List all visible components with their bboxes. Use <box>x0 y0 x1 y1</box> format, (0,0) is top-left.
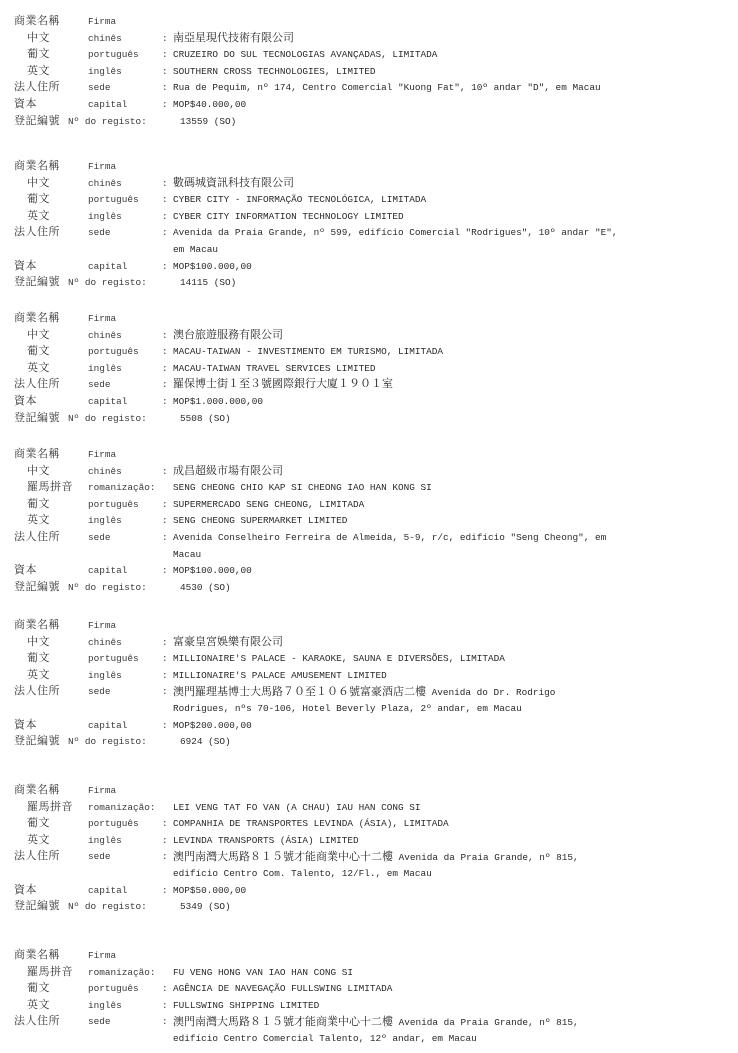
label-firma-zh: 商業名稱 <box>14 782 60 798</box>
label-ingles-pt: inglês <box>88 668 122 684</box>
colon: : <box>162 394 168 410</box>
colon: : <box>162 361 168 377</box>
label-capital-pt: capital <box>88 563 127 579</box>
value-capital: MOP$40.000,00 <box>173 97 246 113</box>
colon: : <box>162 883 168 899</box>
value-sede: 澳門南灣大馬路８１５號才能商業中心十二樓 Avenida da Praia Gr… <box>173 1014 579 1031</box>
value-sede-cjk: 澳門南灣大馬路８１５號才能商業中心十二樓 <box>173 1015 393 1028</box>
colon: : <box>162 849 168 865</box>
value-chines: 富豪皇宮娛樂有限公司 <box>173 634 283 650</box>
label-capital-pt: capital <box>88 718 127 734</box>
value-sede-cjk: 澳門羅理基博士大馬路７０至１０６號富豪酒店二樓 <box>173 685 426 698</box>
label-chines-pt: chinês <box>88 31 122 47</box>
value-romanizacao: FU VENG HONG VAN IAO HAN CONG SI <box>173 965 353 981</box>
colon: : <box>162 684 168 700</box>
label-ingles-zh: 英文 <box>27 512 50 528</box>
label-ingles-pt: inglês <box>88 998 122 1014</box>
label-registo-zh: 登記編號 <box>14 733 60 749</box>
label-firma-pt: Firma <box>88 618 116 634</box>
value-ingles: SENG CHEONG SUPERMARKET LIMITED <box>173 513 347 529</box>
label-sede-zh: 法人住所 <box>14 79 60 95</box>
colon: : <box>162 651 168 667</box>
label-registo-zh: 登記編號 <box>14 113 60 129</box>
value-chines: 澳台旅遊服務有限公司 <box>173 327 283 343</box>
value-portugues: MILLIONAIRE'S PALACE - KARAOKE, SAUNA E … <box>173 651 505 667</box>
label-portugues-pt: português <box>88 497 139 513</box>
label-firma-zh: 商業名稱 <box>14 617 60 633</box>
value-sede-continued: Macau <box>173 547 201 563</box>
label-ingles-zh: 英文 <box>27 667 50 683</box>
value-registo: 13559 (SO) <box>180 114 236 130</box>
label-capital-zh: 資本 <box>14 393 37 409</box>
label-sede-pt: sede <box>88 80 111 96</box>
label-sede-zh: 法人住所 <box>14 848 60 864</box>
value-romanizacao: LEI VENG TAT FO VAN (A CHAU) IAU HAN CON… <box>173 800 421 816</box>
label-registo-pt: Nº do registo: <box>68 899 147 915</box>
label-ingles-pt: inglês <box>88 361 122 377</box>
label-sede-zh: 法人住所 <box>14 1013 60 1029</box>
colon: : <box>162 981 168 997</box>
colon: : <box>162 225 168 241</box>
colon: : <box>162 259 168 275</box>
label-chines-zh: 中文 <box>27 634 50 650</box>
label-capital-zh: 資本 <box>14 882 37 898</box>
label-chines-zh: 中文 <box>27 175 50 191</box>
label-chines-pt: chinês <box>88 635 122 651</box>
label-portugues-zh: 葡文 <box>27 980 50 996</box>
colon: : <box>162 31 168 47</box>
label-chines-pt: chinês <box>88 464 122 480</box>
label-sede-pt: sede <box>88 1014 111 1030</box>
label-firma-pt: Firma <box>88 447 116 463</box>
label-portugues-zh: 葡文 <box>27 650 50 666</box>
value-capital: MOP$100.000,00 <box>173 259 252 275</box>
label-ingles-zh: 英文 <box>27 997 50 1013</box>
value-ingles: CYBER CITY INFORMATION TECHNOLOGY LIMITE… <box>173 209 404 225</box>
label-capital-zh: 資本 <box>14 258 37 274</box>
label-ingles-zh: 英文 <box>27 208 50 224</box>
label-portugues-zh: 葡文 <box>27 46 50 62</box>
label-firma-zh: 商業名稱 <box>14 158 60 174</box>
label-portugues-zh: 葡文 <box>27 343 50 359</box>
value-chines: 南亞星現代技術有限公司 <box>173 30 294 46</box>
label-capital-zh: 資本 <box>14 717 37 733</box>
colon: : <box>162 998 168 1014</box>
label-firma-pt: Firma <box>88 948 116 964</box>
label-portugues-pt: português <box>88 651 139 667</box>
value-chines: 成昌超級市場有限公司 <box>173 463 283 479</box>
company-entry: 商業名稱Firma 中文chinês:富豪皇宮娛樂有限公司 葡文portuguê… <box>0 617 738 750</box>
label-firma-zh: 商業名稱 <box>14 947 60 963</box>
label-chines-zh: 中文 <box>27 30 50 46</box>
company-entry: 商業名稱Firma 中文chinês:澳台旅遊服務有限公司 葡文portuguê… <box>0 310 738 426</box>
value-sede-latin: Avenida do Dr. Rodrigo <box>426 687 555 698</box>
colon: : <box>162 530 168 546</box>
label-chines-pt: chinês <box>88 328 122 344</box>
label-portugues-pt: português <box>88 192 139 208</box>
company-entry: 商業名稱Firma 羅馬拼音romanização:LEI VENG TAT F… <box>0 782 738 915</box>
colon: : <box>162 47 168 63</box>
colon: : <box>162 464 168 480</box>
label-firma-pt: Firma <box>88 311 116 327</box>
label-capital-pt: capital <box>88 259 127 275</box>
label-sede-pt: sede <box>88 225 111 241</box>
colon: : <box>162 833 168 849</box>
value-capital: MOP$100.000,00 <box>173 563 252 579</box>
company-entry: 商業名稱Firma 中文chinês:南亞星現代技術有限公司 葡文portugu… <box>0 13 738 129</box>
colon: : <box>162 328 168 344</box>
value-sede-cjk: 澳門南灣大馬路８１５號才能商業中心十二樓 <box>173 850 393 863</box>
value-sede-continued: edifício Centro Com. Talento, 12/Fl., em… <box>173 866 432 882</box>
label-chines-zh: 中文 <box>27 327 50 343</box>
value-sede-continued: edifício Centro Comercial Talento, 12º a… <box>173 1031 477 1047</box>
value-chines: 數碼城資訊科技有限公司 <box>173 175 294 191</box>
label-romanizacao-pt: romanização: <box>88 965 156 981</box>
label-portugues-zh: 葡文 <box>27 496 50 512</box>
company-entry: 商業名稱Firma 羅馬拼音romanização:FU VENG HONG V… <box>0 947 738 1047</box>
label-registo-pt: Nº do registo: <box>68 734 147 750</box>
label-sede-zh: 法人住所 <box>14 376 60 392</box>
label-firma-zh: 商業名稱 <box>14 310 60 326</box>
colon: : <box>162 97 168 113</box>
label-firma-pt: Firma <box>88 14 116 30</box>
value-portugues: CRUZEIRO DO SUL TECNOLOGIAS AVANÇADAS, L… <box>173 47 437 63</box>
value-registo: 6924 (SO) <box>180 734 231 750</box>
label-portugues-zh: 葡文 <box>27 815 50 831</box>
label-ingles-zh: 英文 <box>27 360 50 376</box>
value-capital: MOP$1.000.000,00 <box>173 394 263 410</box>
company-entry: 商業名稱Firma 中文chinês:數碼城資訊科技有限公司 葡文portugu… <box>0 158 738 291</box>
label-ingles-pt: inglês <box>88 513 122 529</box>
colon: : <box>162 718 168 734</box>
label-firma-zh: 商業名稱 <box>14 446 60 462</box>
value-sede: Avenida da Praia Grande, nº 599, edifíci… <box>173 225 617 241</box>
label-portugues-pt: português <box>88 981 139 997</box>
label-ingles-pt: inglês <box>88 833 122 849</box>
label-sede-zh: 法人住所 <box>14 683 60 699</box>
colon: : <box>162 635 168 651</box>
label-capital-zh: 資本 <box>14 96 37 112</box>
value-portugues: MACAU-TAIWAN - INVESTIMENTO EM TURISMO, … <box>173 344 443 360</box>
label-registo-pt: Nº do registo: <box>68 580 147 596</box>
company-entry: 商業名稱Firma 中文chinês:成昌超級市場有限公司 羅馬拼音romani… <box>0 446 738 595</box>
label-registo-pt: Nº do registo: <box>68 114 147 130</box>
value-sede-continued: Rodrigues, nºs 70-106, Hotel Beverly Pla… <box>173 701 522 717</box>
label-sede-pt: sede <box>88 849 111 865</box>
value-ingles: LEVINDA TRANSPORTS (ÁSIA) LIMITED <box>173 833 359 849</box>
colon: : <box>162 377 168 393</box>
colon: : <box>162 176 168 192</box>
label-ingles-zh: 英文 <box>27 63 50 79</box>
label-firma-pt: Firma <box>88 783 116 799</box>
value-registo: 4530 (SO) <box>180 580 231 596</box>
label-portugues-zh: 葡文 <box>27 191 50 207</box>
colon: : <box>162 80 168 96</box>
label-portugues-pt: português <box>88 344 139 360</box>
label-registo-pt: Nº do registo: <box>68 411 147 427</box>
value-registo: 5349 (SO) <box>180 899 231 915</box>
value-capital: MOP$200.000,00 <box>173 718 252 734</box>
label-sede-zh: 法人住所 <box>14 224 60 240</box>
label-romanizacao-zh: 羅馬拼音 <box>27 799 73 815</box>
label-capital-pt: capital <box>88 394 127 410</box>
value-sede-latin: Avenida da Praia Grande, nº 815, <box>393 1017 579 1028</box>
value-capital: MOP$50.000,00 <box>173 883 246 899</box>
colon: : <box>162 64 168 80</box>
value-portugues: AGÊNCIA DE NAVEGAÇÃO FULLSWING LIMITADA <box>173 981 392 997</box>
colon: : <box>162 816 168 832</box>
label-firma-zh: 商業名稱 <box>14 13 60 29</box>
value-portugues: CYBER CITY - INFORMAÇÃO TECNOLÓGICA, LIM… <box>173 192 426 208</box>
label-registo-pt: Nº do registo: <box>68 275 147 291</box>
label-ingles-zh: 英文 <box>27 832 50 848</box>
label-romanizacao-zh: 羅馬拼音 <box>27 964 73 980</box>
label-sede-pt: sede <box>88 684 111 700</box>
value-ingles: MILLIONAIRE'S PALACE AMUSEMENT LIMITED <box>173 668 387 684</box>
value-sede: Rua de Pequim, nº 174, Centro Comercial … <box>173 80 601 96</box>
label-sede-zh: 法人住所 <box>14 529 60 545</box>
colon: : <box>162 1014 168 1030</box>
label-registo-zh: 登記編號 <box>14 410 60 426</box>
value-registo: 5508 (SO) <box>180 411 231 427</box>
value-portugues: COMPANHIA DE TRANSPORTES LEVINDA (ÁSIA),… <box>173 816 449 832</box>
value-sede-latin: Avenida da Praia Grande, nº 815, <box>393 852 579 863</box>
label-romanizacao-pt: romanização: <box>88 800 156 816</box>
label-capital-zh: 資本 <box>14 562 37 578</box>
label-firma-pt: Firma <box>88 159 116 175</box>
label-capital-pt: capital <box>88 883 127 899</box>
label-sede-pt: sede <box>88 377 111 393</box>
value-sede-continued: em Macau <box>173 242 218 258</box>
label-registo-zh: 登記編號 <box>14 274 60 290</box>
label-portugues-pt: português <box>88 47 139 63</box>
value-ingles: SOUTHERN CROSS TECHNOLOGIES, LIMITED <box>173 64 376 80</box>
colon: : <box>162 668 168 684</box>
colon: : <box>162 209 168 225</box>
colon: : <box>162 497 168 513</box>
label-ingles-pt: inglês <box>88 64 122 80</box>
value-ingles: MACAU-TAIWAN TRAVEL SERVICES LIMITED <box>173 361 376 377</box>
label-romanizacao-zh: 羅馬拼音 <box>27 479 73 495</box>
colon: : <box>162 513 168 529</box>
value-registo: 14115 (SO) <box>180 275 236 291</box>
label-capital-pt: capital <box>88 97 127 113</box>
value-ingles: FULLSWING SHIPPING LIMITED <box>173 998 319 1014</box>
colon: : <box>162 192 168 208</box>
label-registo-zh: 登記編號 <box>14 579 60 595</box>
label-sede-pt: sede <box>88 530 111 546</box>
value-sede: 澳門羅理基博士大馬路７０至１０６號富豪酒店二樓 Avenida do Dr. R… <box>173 684 555 701</box>
label-registo-zh: 登記編號 <box>14 898 60 914</box>
value-sede: 澳門南灣大馬路８１５號才能商業中心十二樓 Avenida da Praia Gr… <box>173 849 579 866</box>
label-ingles-pt: inglês <box>88 209 122 225</box>
label-portugues-pt: português <box>88 816 139 832</box>
colon: : <box>162 563 168 579</box>
value-sede: 羅保博士街１至３號國際銀行大廈１９０１室 <box>173 376 393 392</box>
label-romanizacao-pt: romanização: <box>88 480 156 496</box>
value-portugues: SUPERMERCADO SENG CHEONG, LIMITADA <box>173 497 364 513</box>
value-romanizacao: SENG CHEONG CHIO KAP SI CHEONG IAO HAN K… <box>173 480 432 496</box>
value-sede: Avenida Conselheiro Ferreira de Almeida,… <box>173 530 606 546</box>
label-chines-pt: chinês <box>88 176 122 192</box>
label-chines-zh: 中文 <box>27 463 50 479</box>
colon: : <box>162 344 168 360</box>
